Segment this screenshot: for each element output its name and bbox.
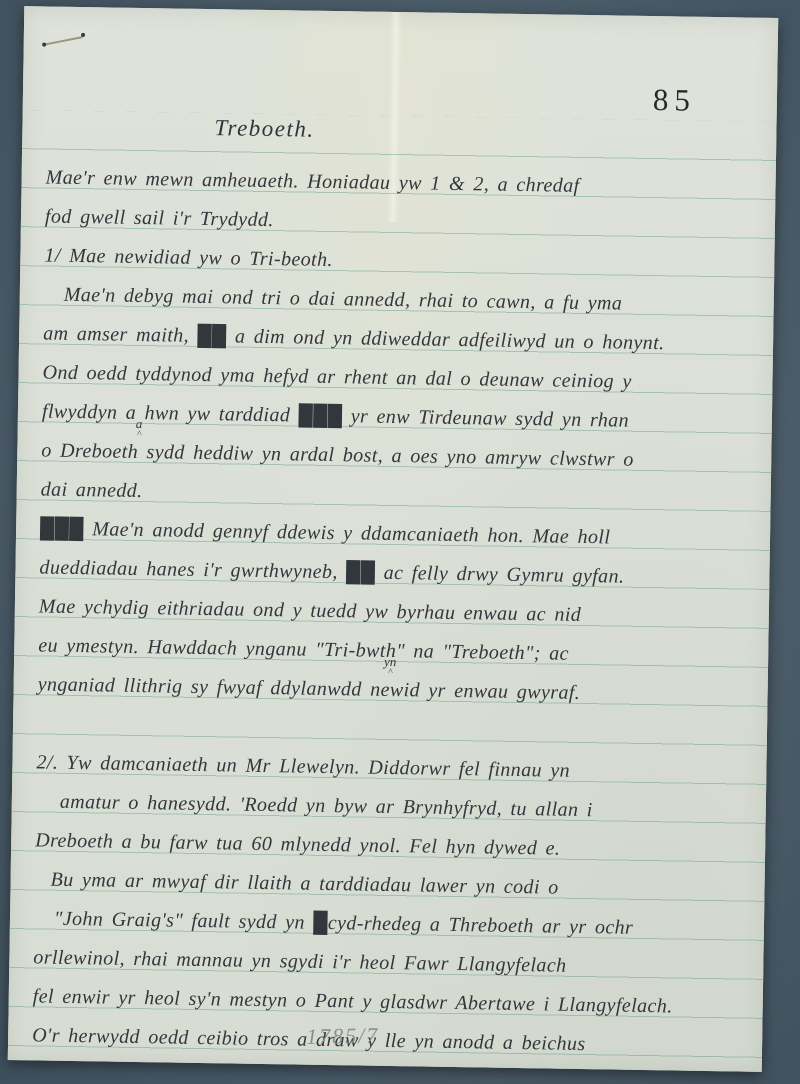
archive-reference-pencil: 1785/7 (306, 1023, 380, 1050)
inserted-word: yn (384, 656, 396, 667)
staple-hole-right (81, 33, 86, 38)
inserted-word: a (136, 418, 143, 429)
staple-hole-left (42, 42, 47, 47)
page-title: Treboeth. (214, 115, 315, 143)
scan-background: 85 Treboeth. Mae'r enw mewn amheuaeth. H… (0, 0, 800, 1084)
staple-bar (45, 36, 83, 45)
manuscript-page: 85 Treboeth. Mae'r enw mewn amheuaeth. H… (8, 6, 778, 1072)
staple-mark (41, 33, 86, 49)
caret-insertion: yn ^ (384, 656, 397, 678)
caret-insertion: a ^ (136, 418, 143, 440)
page-number: 85 (653, 82, 697, 119)
